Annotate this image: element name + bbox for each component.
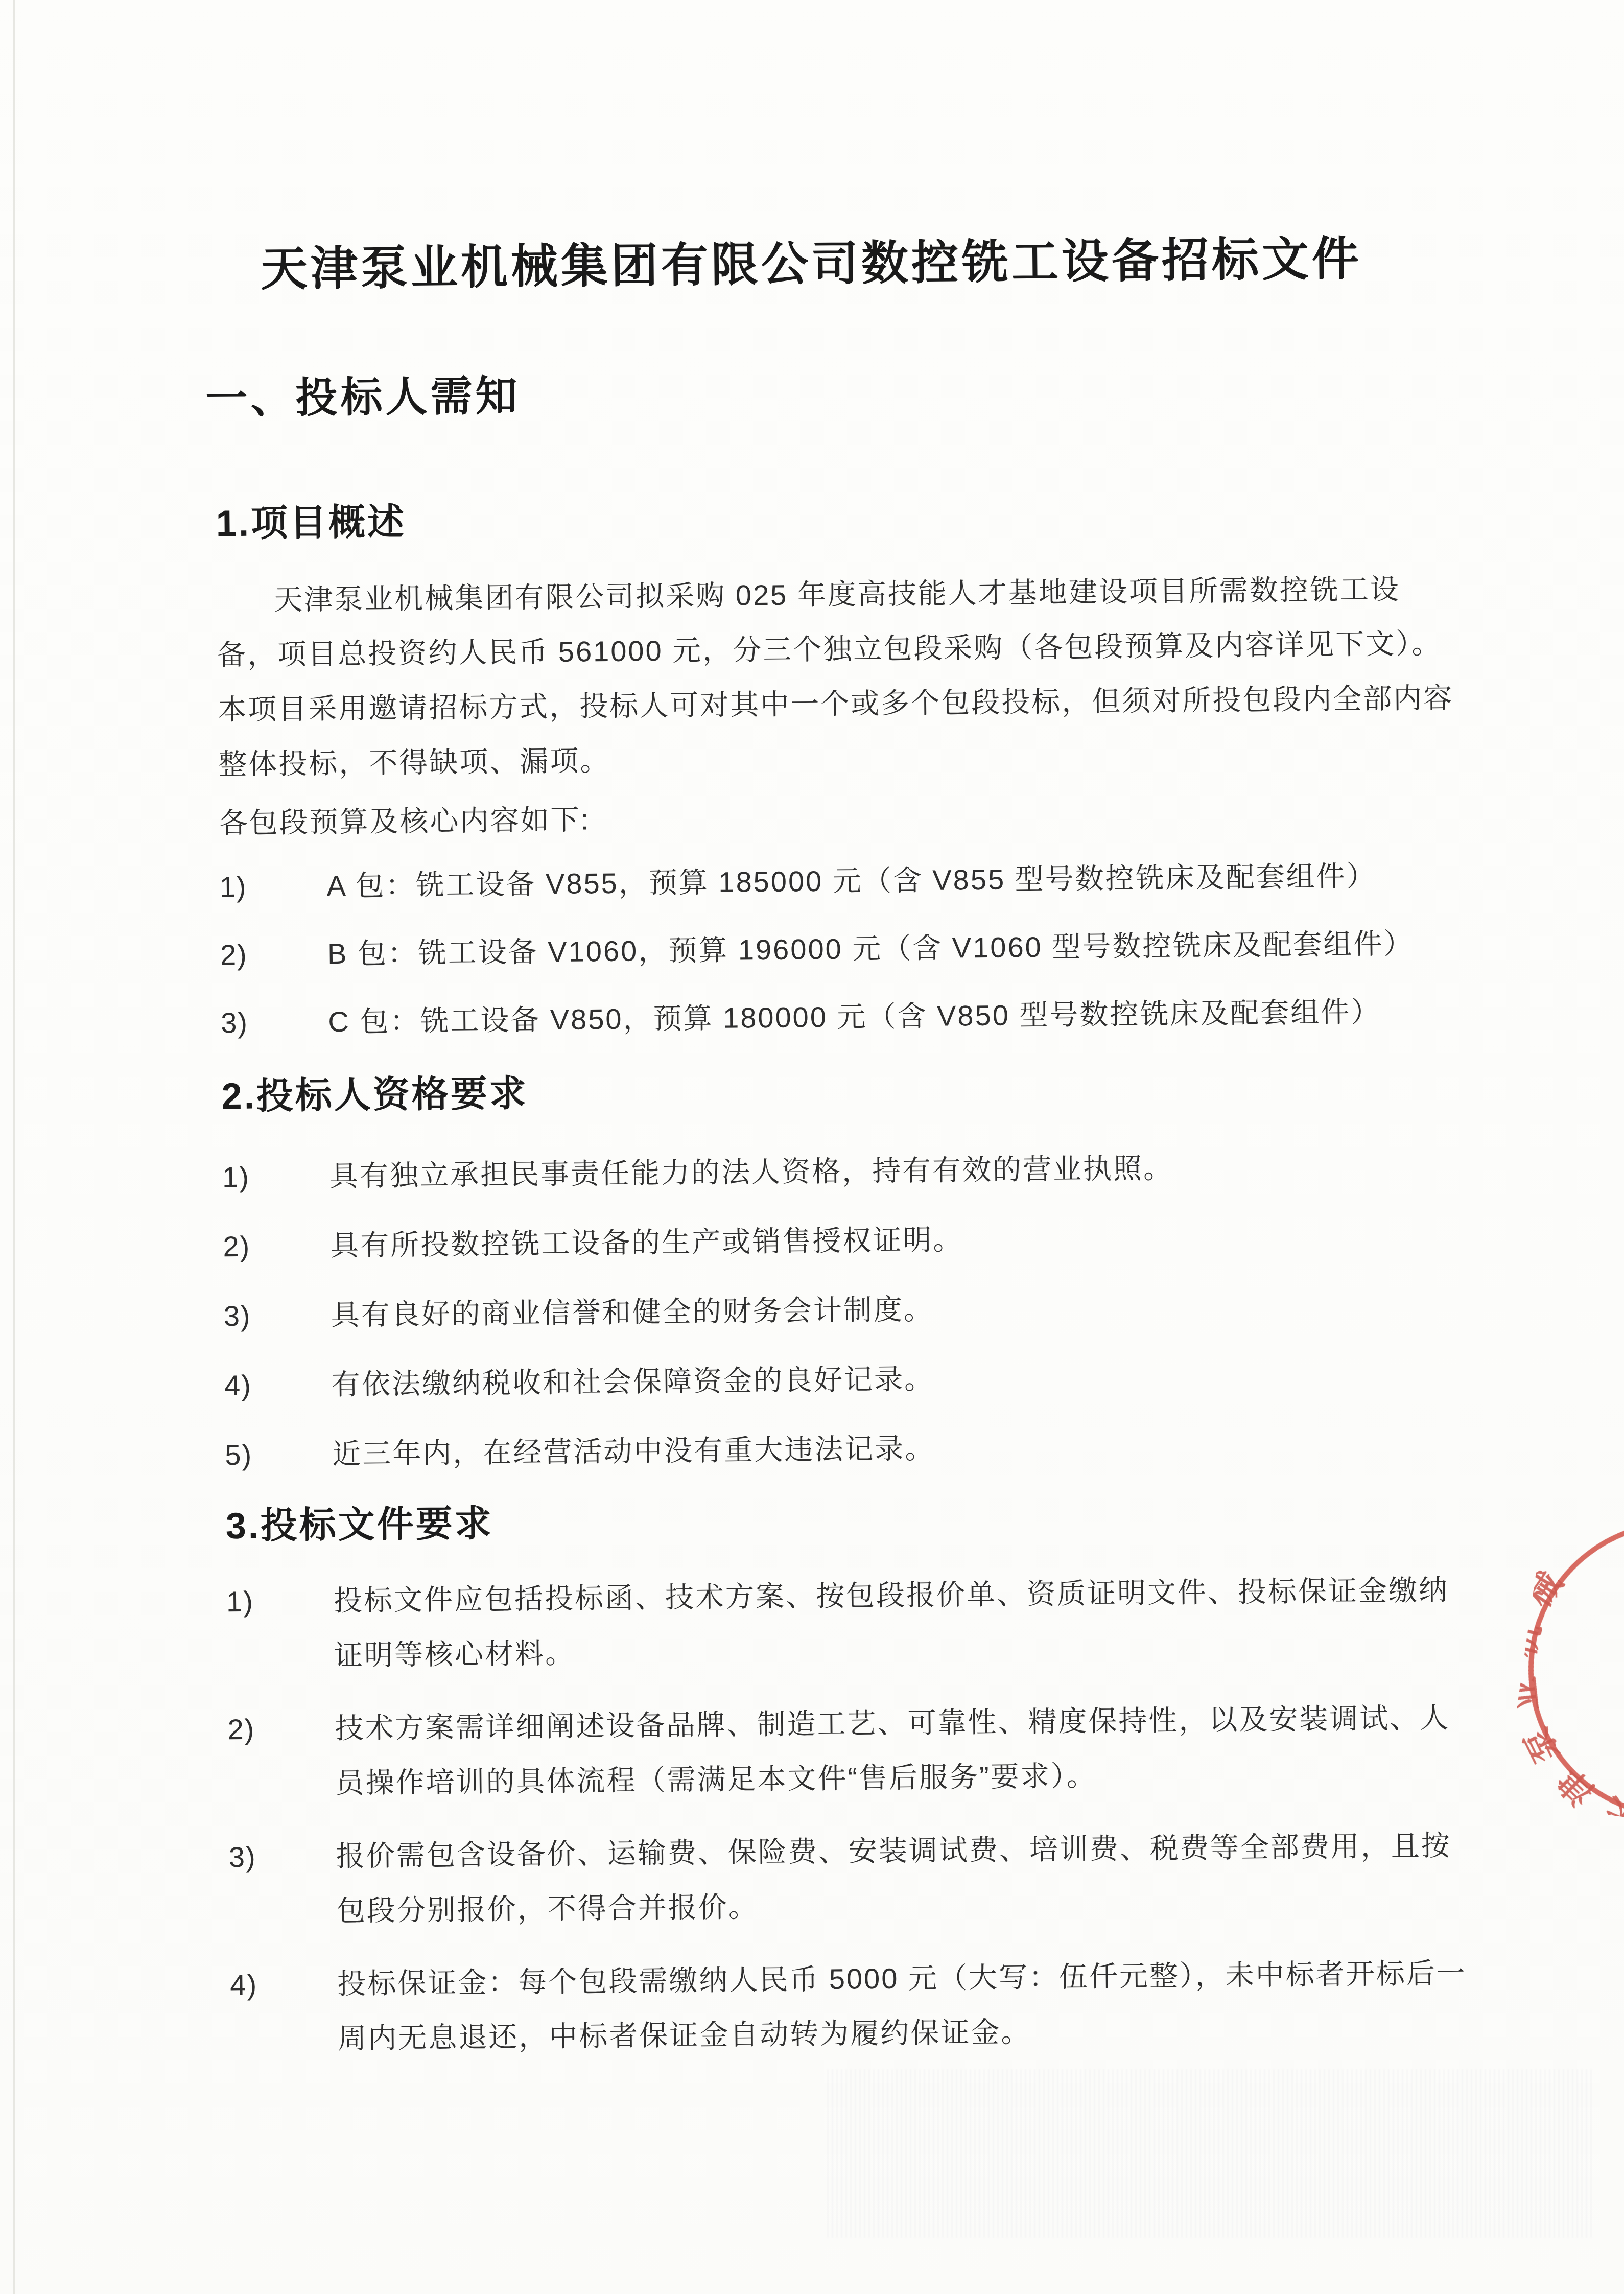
list-item: 2) B 包：铣工设备 V1060，预算 196000 元（含 V1060 型号…	[220, 916, 1485, 982]
item-text: A 包：铣工设备 V855，预算 185000 元（含 V855 型号数控铣床及…	[326, 848, 1484, 914]
item-number: 1)	[219, 858, 327, 914]
list-item: 3) C 包：铣工设备 V850，预算 180000 元（含 V850 型号数控…	[221, 984, 1486, 1050]
list-item: 2) 技术方案需详细阐述设备品牌、制造工艺、可靠性、精度保持性，以及安装调试、人…	[227, 1690, 1493, 1811]
item-number: 3)	[221, 994, 328, 1050]
item-text: B 包：铣工设备 V1060，预算 196000 元（含 V1060 型号数控铣…	[327, 916, 1485, 981]
item-text: C 包：铣工设备 V850，预算 180000 元（含 V850 型号数控铣床及…	[328, 984, 1486, 1049]
item-number: 5)	[225, 1426, 333, 1482]
item-text: 近三年内，在经营活动中没有重大违法记录。	[332, 1415, 1490, 1481]
paragraph-line: 整体投标，不得缺项、漏项。	[218, 725, 1483, 792]
item-number: 2)	[227, 1701, 335, 1757]
section-1-paragraph: 天津泵业机械集团有限公司拟采购 025 年度高技能人才基地建设项目所需数控铣工设…	[217, 561, 1483, 792]
section-2-heading: 2.投标人资格要求	[221, 1061, 1486, 1120]
list-item: 5) 近三年内，在经营活动中没有重大违法记录。	[225, 1415, 1490, 1482]
item-number: 4)	[224, 1357, 332, 1413]
item-text: 证明等核心材料。	[334, 1617, 1492, 1682]
item-number: 1)	[226, 1573, 334, 1629]
item-number: 2)	[223, 1218, 331, 1274]
item-text: 技术方案需详细阐述设备品牌、制造工艺、可靠性、精度保持性，以及安装调试、人	[335, 1690, 1492, 1755]
item-text: 投标保证金：每个包段需缴纳人民币 5000 元（大写：伍仟元整），未中标者开标后…	[337, 1945, 1495, 2011]
item-text: 具有独立承担民事责任能力的法人资格，持有有效的营业执照。	[329, 1138, 1487, 1204]
item-text: 具有所投数控铣工设备的生产或销售授权证明。	[330, 1207, 1488, 1273]
document-page: 天津泵业机械集团有限公司数控铣工设备招标文件 一、投标人需知 1.项目概述 天津…	[0, 0, 1624, 2087]
qualification-list: 1) 具有独立承担民事责任能力的法人资格，持有有效的营业执照。 2) 具有所投数…	[222, 1138, 1490, 1483]
item-number: 4)	[230, 1956, 338, 2012]
list-item: 3) 具有良好的商业信誉和健全的财务会计制度。	[223, 1277, 1488, 1344]
list-item: 1) 具有独立承担民事责任能力的法人资格，持有有效的营业执照。	[222, 1138, 1487, 1205]
chapter-heading: 一、投标人需知	[205, 362, 1479, 425]
list-item: 3) 报价需包含设备价、运输费、保险费、安装调试费、培训费、税费等全部费用，且按…	[228, 1817, 1494, 1939]
list-item: 1) 投标文件应包括投标函、技术方案、按包段报价单、资质证明文件、投标保证金缴纳…	[226, 1562, 1492, 1683]
item-text: 报价需包含设备价、运输费、保险费、安装调试费、培训费、税费等全部费用，且按	[336, 1817, 1493, 1883]
section-1-heading: 1.项目概述	[216, 488, 1480, 548]
document-title: 天津泵业机械集团有限公司数控铣工设备招标文件	[145, 229, 1478, 300]
package-note: 各包段预算及核心内容如下:	[219, 784, 1484, 851]
item-text: 员操作培训的具体流程（需满足本文件“售后服务”要求）。	[335, 1744, 1493, 1810]
item-text: 包段分别报价，不得合并报价。	[336, 1872, 1494, 1938]
list-item: 4) 投标保证金：每个包段需缴纳人民币 5000 元（大写：伍仟元整），未中标者…	[230, 1945, 1495, 2067]
bid-document-list: 1) 投标文件应包括投标函、技术方案、按包段报价单、资质证明文件、投标保证金缴纳…	[226, 1562, 1495, 2067]
item-text: 具有良好的商业信誉和健全的财务会计制度。	[331, 1277, 1488, 1343]
list-item: 2) 具有所投数控铣工设备的生产或销售授权证明。	[223, 1207, 1488, 1274]
item-number: 3)	[228, 1829, 336, 1884]
item-text: 投标文件应包括投标函、技术方案、按包段报价单、资质证明文件、投标保证金缴纳	[334, 1562, 1491, 1628]
item-number: 1)	[222, 1149, 330, 1204]
scan-noise-texture	[827, 2069, 1593, 2238]
item-number: 3)	[223, 1288, 331, 1343]
list-item: 1) A 包：铣工设备 V855，预算 185000 元（含 V855 型号数控…	[219, 848, 1484, 915]
item-text: 周内无息退还，中标者保证金自动转为履约保证金。	[338, 2000, 1495, 2066]
item-text: 有依法缴纳税收和社会保障资金的良好记录。	[332, 1346, 1489, 1412]
list-item: 4) 有依法缴纳税收和社会保障资金的良好记录。	[224, 1346, 1489, 1413]
package-list: 1) A 包：铣工设备 V855，预算 185000 元（含 V855 型号数控…	[219, 848, 1485, 1050]
section-3-heading: 3.投标文件要求	[225, 1490, 1490, 1550]
item-number: 2)	[220, 926, 327, 982]
